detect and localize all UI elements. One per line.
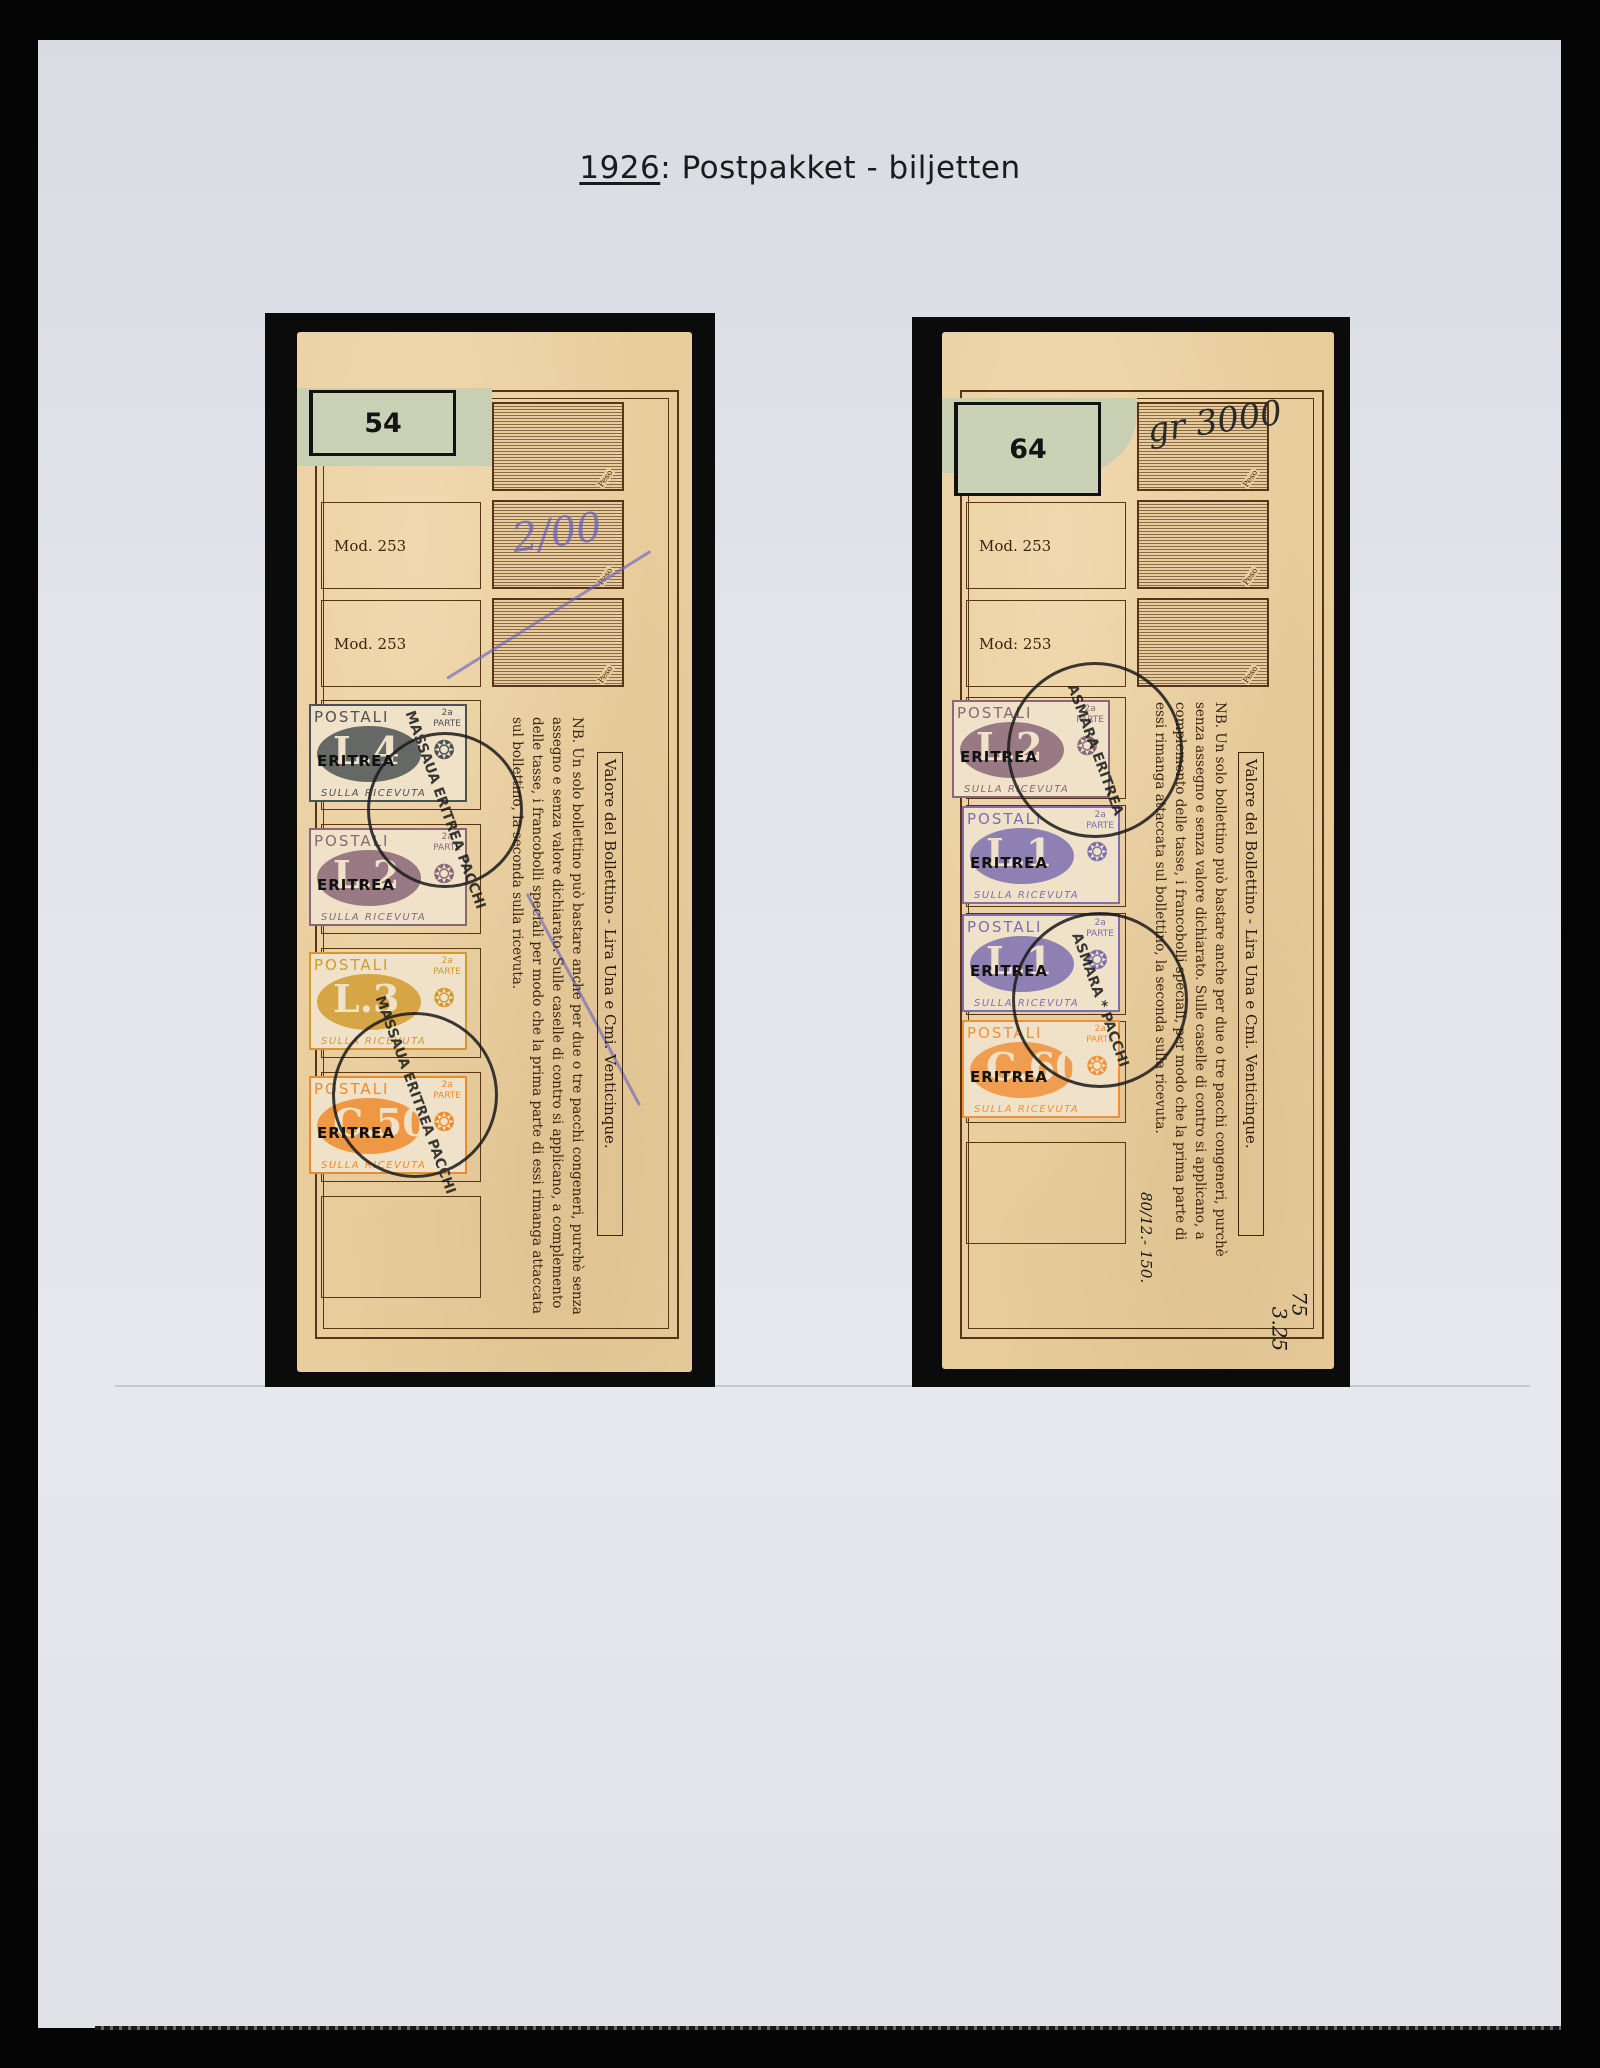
mod-label: Mod. 253 [334,635,406,653]
peso-label: Peso [1241,467,1260,489]
parcel-number: 64 [954,402,1101,496]
stamp-header: POSTALI [314,956,389,974]
stamp-part: 2aPARTE [433,708,461,730]
parcel-card-64: 64 Peso gr 3000 Mod. 253 Peso Mod: 253 P… [942,332,1334,1369]
eagle-icon: ❂ [433,984,455,1014]
stamp-header: POSTALI [967,918,1042,936]
peso-label: Peso [596,467,615,489]
stamp-cell-empty [966,1142,1126,1244]
postmark: ASMARA ERITREA [1007,662,1183,838]
mod-label: Mod. 253 [334,537,406,555]
peso-box-3: Peso [1137,598,1269,687]
value-box: Valore del Bollettino - Lira Una e Cmi. … [597,752,623,1236]
stamp-footer: SULLA RICEVUTA [974,890,1079,901]
stamp-overprint: ERITREA [970,854,1048,872]
parcel-number: 54 [309,390,456,456]
title-text: : Postpakket - biljetten [660,150,1020,186]
postmark-text: ASMARA * PACCHI [1068,931,1131,1070]
mod-label: Mod. 253 [979,537,1051,555]
peso-box-1: Peso [492,402,624,491]
stamp-header: POSTALI [314,708,389,726]
stamp-mount-left: 54 Peso Mod. 253 Peso Mod. 253 Peso 2/00… [265,313,715,1387]
stamp-overprint: ERITREA [970,1068,1048,1086]
stamp-footer: SULLA RICEVUTA [321,912,426,923]
peso-box-2: Peso [1137,500,1269,589]
peso-label: Peso [596,663,615,685]
postmark: MASSAUA ERITREA PACCHI [367,732,523,888]
postmark: ASMARA * PACCHI [1012,912,1188,1088]
postmark: MASSAUA ERITREA PACCHI [332,1012,498,1178]
handwriting-side: 80/12.- 150. [1137,1192,1155,1283]
postmark-text: ASMARA ERITREA [1064,682,1126,818]
postmark-text: MASSAUA ERITREA PACCHI [402,709,489,912]
postmark-text: MASSAUA ERITREA PACCHI [372,994,459,1197]
page-bottom-edge [95,2026,1561,2030]
peso-label: Peso [1241,663,1260,685]
eagle-icon: ❂ [1086,838,1108,868]
peso-label: Peso [1241,565,1260,587]
stamp-header: POSTALI [967,810,1042,828]
stamp-cell-empty [321,1196,481,1298]
peso-box-3: Peso [492,598,624,687]
stamp-overprint: ERITREA [317,876,395,894]
title-year: 1926 [579,150,660,186]
mod-box-1: Mod. 253 [321,502,481,589]
parcel-card-54: 54 Peso Mod. 253 Peso Mod. 253 Peso 2/00… [297,332,692,1372]
page-title: 1926: Postpakket - biljetten [0,150,1600,186]
stamp-part: 2aPARTE [433,956,461,978]
handwriting-total-top: 75 [1288,1291,1312,1316]
handwriting-total: 3.25 [1267,1307,1291,1352]
mod-box-1: Mod. 253 [966,502,1126,589]
stamp-mount-right: 64 Peso gr 3000 Mod. 253 Peso Mod: 253 P… [912,317,1350,1387]
value-box: Valore del Bollettino - Lira Una e Cmi. … [1238,752,1264,1236]
mod-label: Mod: 253 [979,635,1051,653]
stamp-footer: SULLA RICEVUTA [974,1104,1079,1115]
